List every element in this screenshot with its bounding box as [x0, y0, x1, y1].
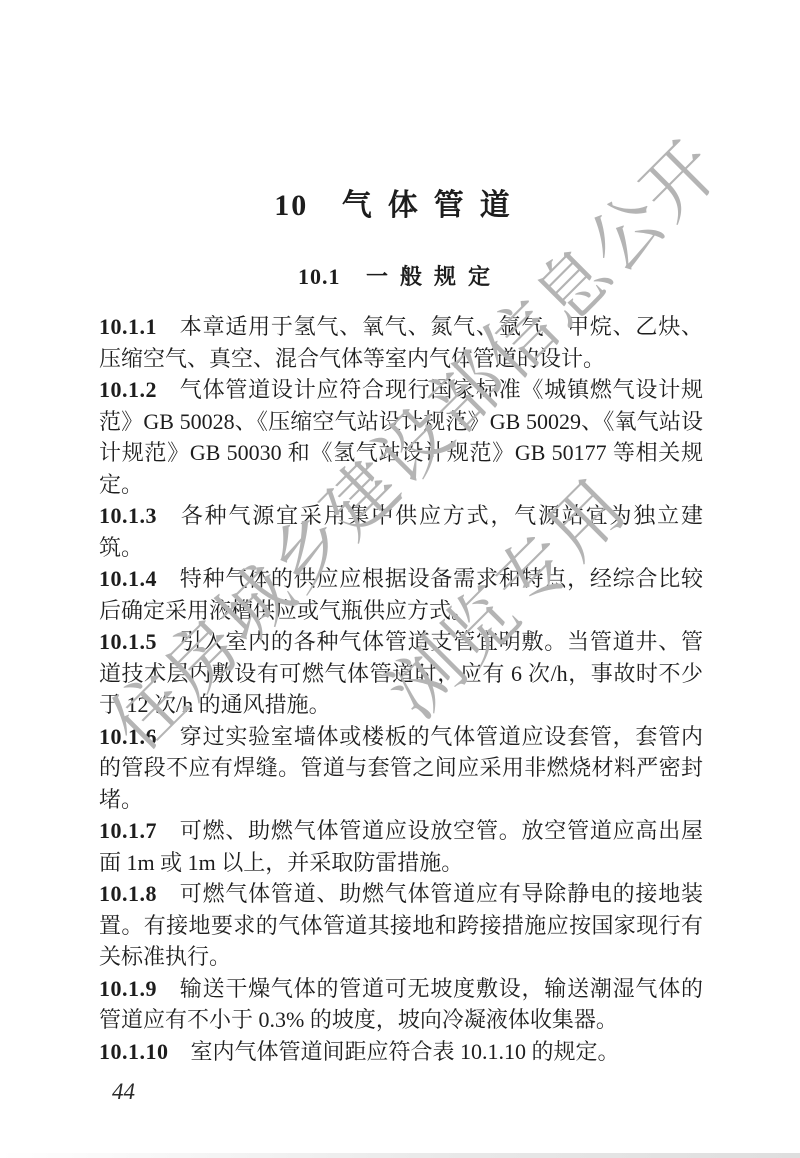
clause-number: 10.1.6: [99, 724, 157, 749]
clause-number: 10.1.8: [99, 881, 157, 906]
clause-paragraph: 10.1.1本章适用于氢气、氧气、氮气、氩气、甲烷、乙炔、压缩空气、真空、混合气…: [99, 311, 703, 374]
clause-paragraph: 10.1.8可燃气体管道、助燃气体管道应有导除静电的接地装置。有接地要求的气体管…: [99, 878, 703, 973]
scan-edge-artifact: [0, 1153, 800, 1158]
clause-paragraph: 10.1.2气体管道设计应符合现行国家标准《城镇燃气设计规范》GB 50028、…: [99, 374, 703, 500]
chapter-title: 气体管道: [342, 189, 526, 222]
document-page: 住房城乡建设部信息公开 浏览专用 10 气体管道 10.1 一般规定 10.1.…: [0, 0, 800, 1158]
clause-paragraph: 10.1.7可燃、助燃气体管道应设放空管。放空管道应高出屋面 1m 或 1m 以…: [99, 815, 703, 878]
clause-text: 可燃气体管道、助燃气体管道应有导除静电的接地装置。有接地要求的气体管道其接地和跨…: [99, 881, 703, 969]
clause-paragraph: 10.1.5引入室内的各种气体管道支管宜明敷。当管道井、管道技术层内敷设有可燃气…: [99, 626, 703, 721]
clause-list: 10.1.1本章适用于氢气、氧气、氮气、氩气、甲烷、乙炔、压缩空气、真空、混合气…: [99, 311, 703, 1067]
clause-number: 10.1.2: [99, 377, 157, 402]
clause-number: 10.1.9: [99, 976, 157, 1001]
chapter-heading: 10 气体管道: [0, 189, 800, 223]
clause-paragraph: 10.1.4特种气体的供应应根据设备需求和特点，经综合比较后确定采用液槽供应或气…: [99, 563, 703, 626]
clause-text: 穿过实验室墙体或楼板的气体管道应设套管，套管内的管段不应有焊缝。管道与套管之间应…: [99, 724, 703, 812]
clause-text: 气体管道设计应符合现行国家标准《城镇燃气设计规范》GB 50028、《压缩空气站…: [99, 377, 703, 497]
clause-number: 10.1.1: [99, 314, 157, 339]
clause-paragraph: 10.1.6穿过实验室墙体或楼板的气体管道应设套管，套管内的管段不应有焊缝。管道…: [99, 721, 703, 816]
clause-number: 10.1.3: [99, 503, 157, 528]
clause-text: 输送干燥气体的管道可无坡度敷设，输送潮湿气体的管道应有不小于 0.3% 的坡度，…: [99, 976, 703, 1033]
clause-text: 特种气体的供应应根据设备需求和特点，经综合比较后确定采用液槽供应或气瓶供应方式。: [99, 566, 703, 623]
clause-number: 10.1.4: [99, 566, 157, 591]
clause-paragraph: 10.1.3各种气源宜采用集中供应方式，气源站宜为独立建筑。: [99, 500, 703, 563]
clause-paragraph: 10.1.9输送干燥气体的管道可无坡度敷设，输送潮湿气体的管道应有不小于 0.3…: [99, 973, 703, 1036]
clause-number: 10.1.7: [99, 818, 157, 843]
section-title: 一般规定: [366, 264, 502, 289]
section-number: 10.1: [298, 264, 341, 289]
clause-number: 10.1.10: [99, 1039, 169, 1064]
page-number: 44: [112, 1079, 135, 1105]
clause-paragraph: 10.1.10室内气体管道间距应符合表 10.1.10 的规定。: [99, 1036, 703, 1068]
section-heading: 10.1 一般规定: [0, 264, 800, 290]
clause-text: 本章适用于氢气、氧气、氮气、氩气、甲烷、乙炔、压缩空气、真空、混合气体等室内气体…: [99, 314, 703, 371]
clause-text: 可燃、助燃气体管道应设放空管。放空管道应高出屋面 1m 或 1m 以上，并采取防…: [99, 818, 703, 875]
clause-text: 室内气体管道间距应符合表 10.1.10 的规定。: [191, 1039, 620, 1064]
clause-number: 10.1.5: [99, 629, 157, 654]
clause-text: 各种气源宜采用集中供应方式，气源站宜为独立建筑。: [99, 503, 703, 560]
clause-text: 引入室内的各种气体管道支管宜明敷。当管道井、管道技术层内敷设有可燃气体管道时，应…: [99, 629, 703, 717]
chapter-number: 10: [274, 189, 308, 222]
